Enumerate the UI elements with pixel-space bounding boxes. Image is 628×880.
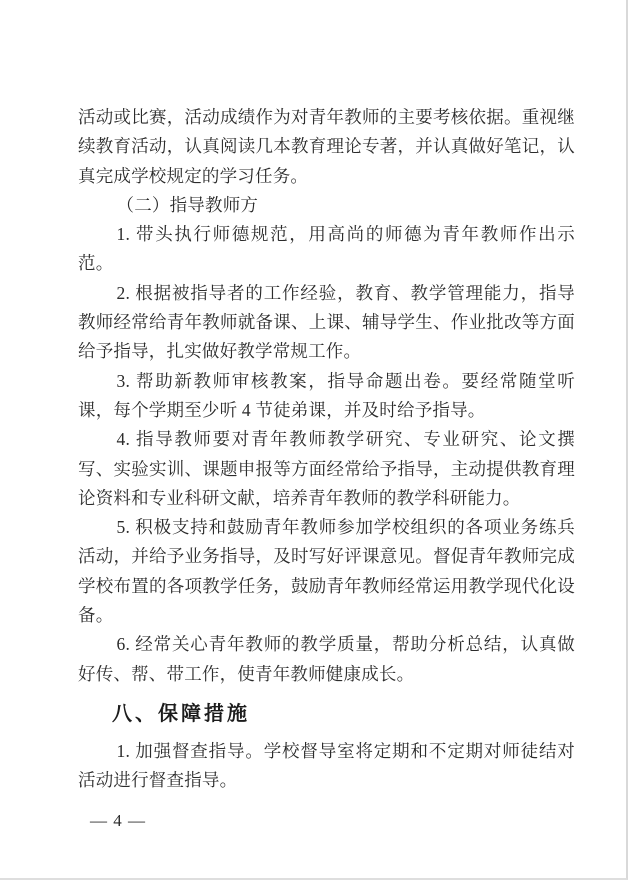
paragraph-continuation: 活动或比赛，活动成绩作为对青年教师的主要考核依据。重视继续教育活动，认真阅读几本… [78, 103, 575, 191]
paragraph-safeguard-item-1: 1. 加强督查指导。学校督导室将定期和不定期对师徒结对活动进行督查指导。 [78, 737, 575, 796]
text-column: 活动或比赛，活动成绩作为对青年教师的主要考核依据。重视继续教育活动，认真阅读几本… [78, 103, 575, 796]
paragraph-item-5: 5. 积极支持和鼓励青年教师参加学校组织的各项业务练兵活动，并给予业务指导，及时… [78, 513, 575, 630]
paragraph-item-1: 1. 带头执行师德规范，用高尚的师德为青年教师作出示范。 [78, 220, 575, 279]
section-heading-safeguard-measures: 八、保障措施 [78, 699, 575, 729]
paragraph-item-6: 6. 经常关心青年教师的教学质量，帮助分析总结，认真做好传、帮、带工作，使青年教… [78, 630, 575, 689]
paragraph-item-4: 4. 指导教师要对青年教师教学研究、专业研究、论文撰写、实验实训、课题申报等方面… [78, 425, 575, 513]
paragraph-item-3: 3. 帮助新教师审核教案，指导命题出卷。要经常随堂听课，每个学期至少听 4 节徒… [78, 367, 575, 426]
page-number: — 4 — [90, 810, 146, 832]
subsection-heading-mentor-side: （二）指导教师方 [78, 191, 575, 220]
paragraph-item-2: 2. 根据被指导者的工作经验，教育、教学管理能力，指导教师经常给青年教师就备课、… [78, 279, 575, 367]
document-page: 活动或比赛，活动成绩作为对青年教师的主要考核依据。重视继续教育活动，认真阅读几本… [0, 0, 628, 880]
